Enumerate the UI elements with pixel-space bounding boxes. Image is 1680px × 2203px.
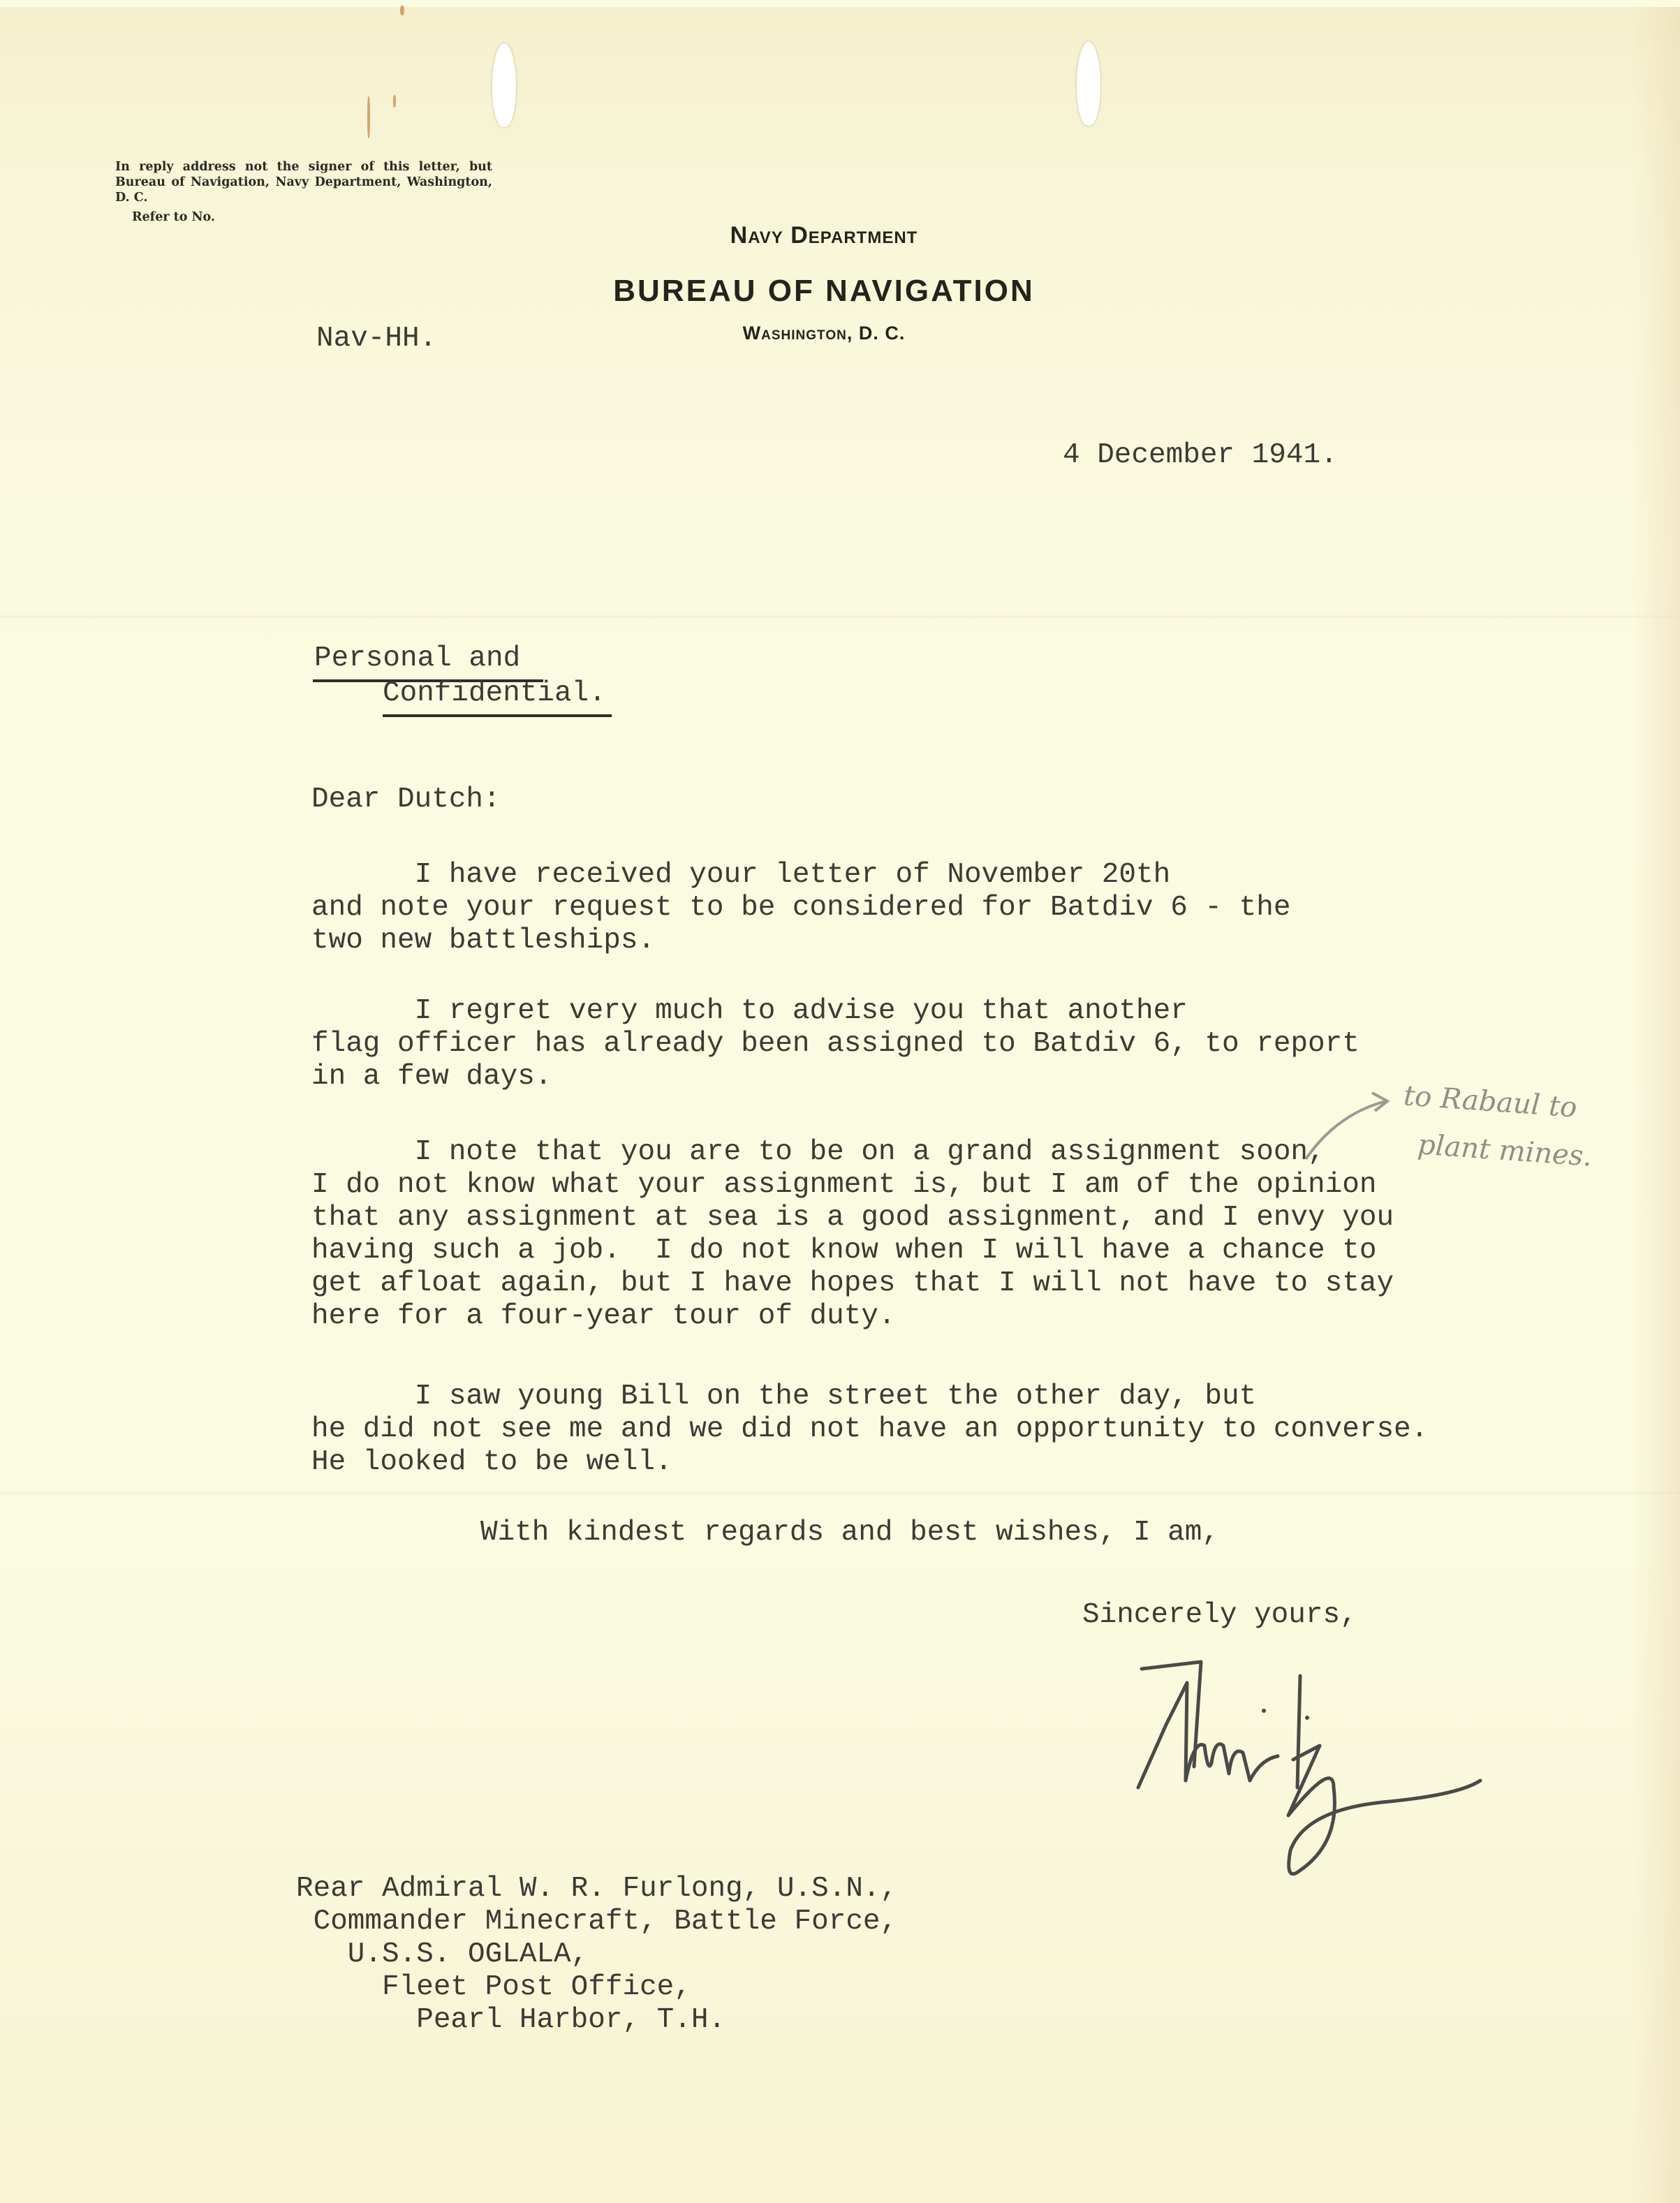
paragraph-line: he did not see me and we did not have an… xyxy=(311,1412,1428,1447)
recipient-line: Fleet Post Office, xyxy=(296,1970,691,2005)
letterhead-bureau: BUREAU OF NAVIGATION xyxy=(559,274,1089,309)
rust-stain xyxy=(367,96,370,138)
reference-code: Nav-HH. xyxy=(316,321,436,356)
annotation-arrow-icon xyxy=(1302,1086,1400,1163)
paragraph-line: having such a job. I do not know when I … xyxy=(311,1233,1376,1268)
paragraph-line: that any assignment at sea is a good ass… xyxy=(311,1200,1394,1235)
closing-line: With kindest regards and best wishes, I … xyxy=(480,1515,1219,1550)
paragraph-line: I regret very much to advise you that an… xyxy=(311,994,1188,1029)
complimentary-close: Sincerely yours, xyxy=(1082,1598,1357,1633)
recipient-line: Pearl Harbor, T.H. xyxy=(296,2003,725,2038)
reply-instructions: In reply address not the signer of this … xyxy=(115,159,492,225)
rust-stain xyxy=(393,95,396,108)
refer-to-label: Refer to No. xyxy=(115,209,492,225)
reply-note-text: In reply address not the signer of this … xyxy=(115,160,492,205)
classification-line-2: Confidential. xyxy=(383,676,606,711)
recipient-line: Rear Admiral W. R. Furlong, U.S.N., xyxy=(296,1871,897,1906)
paragraph-line: here for a four-year tour of duty. xyxy=(311,1299,896,1334)
recipient-line: U.S.S. OGLALA, xyxy=(296,1937,588,1972)
signature-nimitz xyxy=(1110,1641,1529,1906)
paragraph-line: flag officer has already been assigned t… xyxy=(311,1026,1360,1061)
paragraph-line: I note that you are to be on a grand ass… xyxy=(311,1135,1325,1170)
paragraph-line: I saw young Bill on the street the other… xyxy=(311,1379,1256,1414)
recipient-line: Commander Minecraft, Battle Force, xyxy=(296,1904,897,1939)
paragraph-line: I have received your letter of November … xyxy=(311,857,1170,892)
paragraph-line: in a few days. xyxy=(311,1059,552,1094)
paper-fold xyxy=(0,614,1680,619)
letterhead-city: Washington, D. C. xyxy=(559,323,1089,344)
letter-date: 4 December 1941. xyxy=(1063,438,1338,473)
punch-hole xyxy=(492,43,516,127)
paragraph-line: He looked to be well. xyxy=(311,1445,672,1480)
paragraph-line: get afloat again, but I have hopes that … xyxy=(311,1266,1394,1301)
paragraph-line: and note your request to be considered f… xyxy=(311,890,1290,925)
letterhead-department: Navy Department xyxy=(559,222,1089,249)
classification-line-1: Personal and xyxy=(314,641,520,676)
paper-fold xyxy=(0,1491,1680,1495)
salutation: Dear Dutch: xyxy=(311,782,501,817)
classification-underline-2 xyxy=(383,714,612,717)
paragraph-line: I do not know what your assignment is, b… xyxy=(311,1167,1376,1202)
punch-hole xyxy=(1077,42,1100,126)
paragraph-line: two new battleships. xyxy=(311,923,655,958)
rust-stain xyxy=(400,6,404,15)
